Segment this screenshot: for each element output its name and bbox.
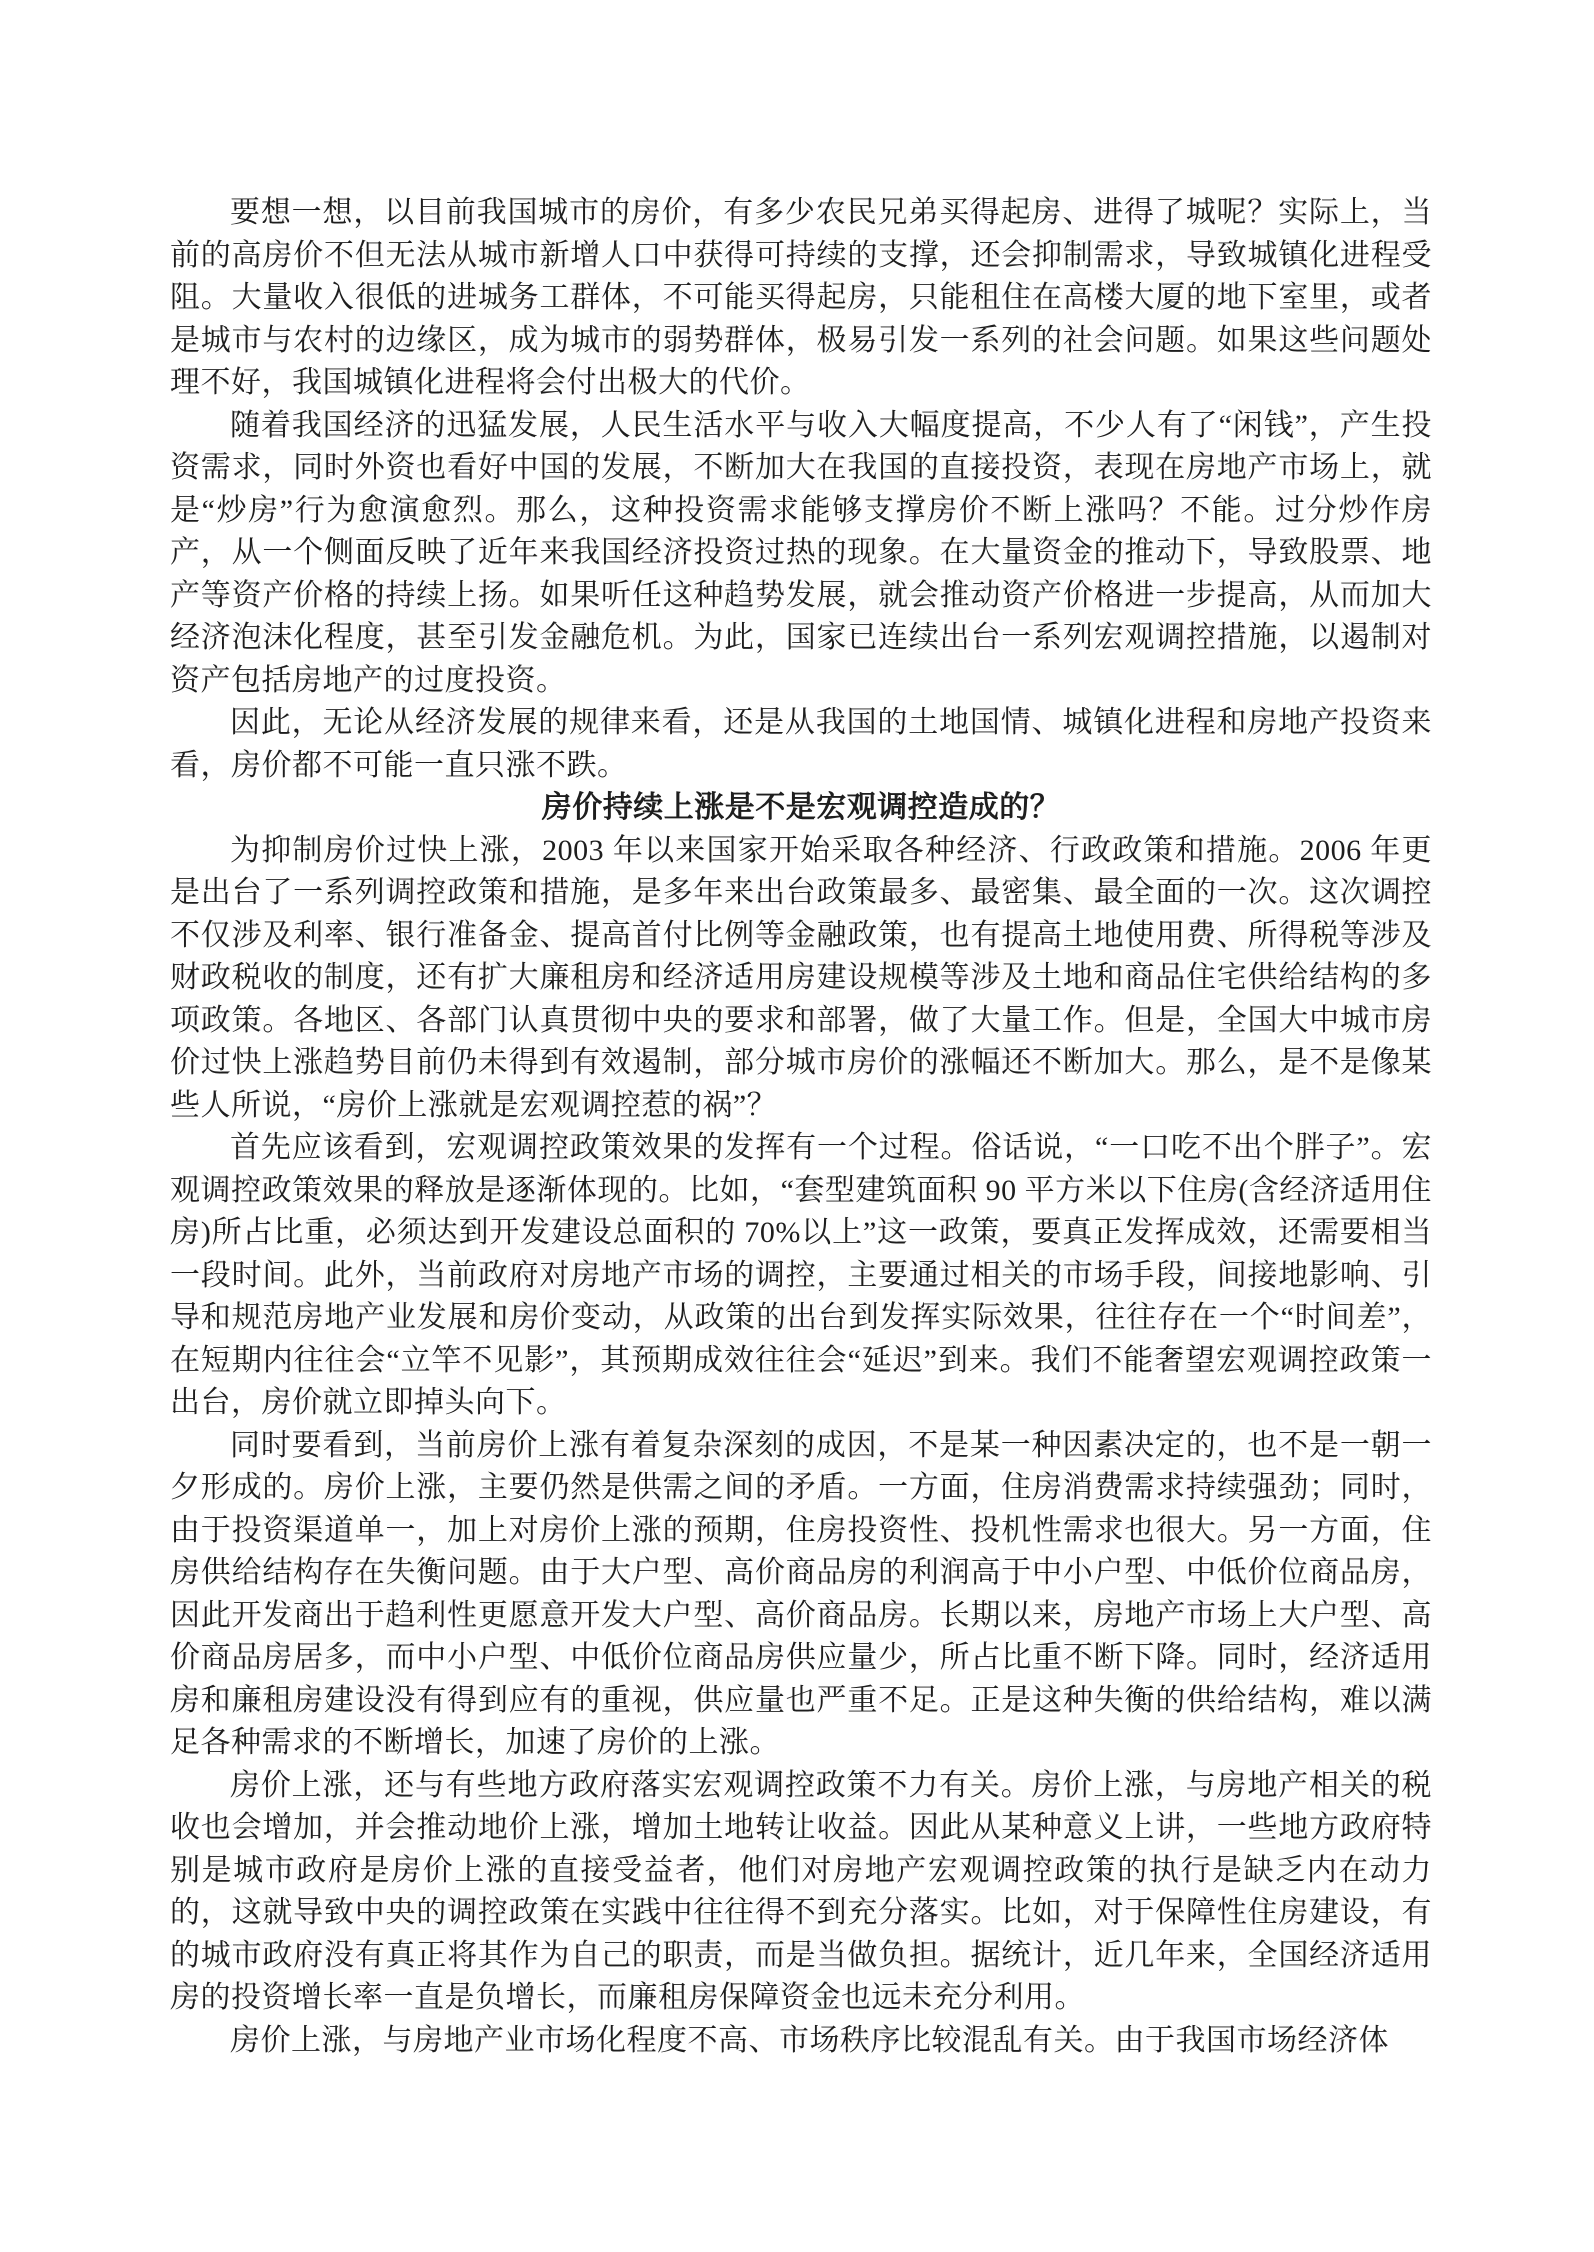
paragraph: 为抑制房价过快上涨，2003 年以来国家开始采取各种经济、行政政策和措施。200… <box>170 830 1432 1128</box>
paragraph: 因此，无论从经济发展的规律来看，还是从我国的土地国情、城镇化进程和房地产投资来看… <box>170 702 1432 787</box>
section-heading: 房价持续上涨是不是宏观调控造成的？ <box>170 787 1432 830</box>
paragraph: 随着我国经济的迅猛发展，人民生活水平与收入大幅度提高，不少人有了“闲钱”，产生投… <box>170 405 1432 703</box>
paragraph: 房价上涨，与房地产业市场化程度不高、市场秩序比较混乱有关。由于我国市场经济体 <box>170 2020 1432 2063</box>
paragraph: 要想一想，以目前我国城市的房价，有多少农民兄弟买得起房、进得了城呢？实际上，当前… <box>170 192 1432 405</box>
paragraph: 同时要看到，当前房价上涨有着复杂深刻的成因，不是某一种因素决定的，也不是一朝一夕… <box>170 1425 1432 1765</box>
paragraph: 房价上涨，还与有些地方政府落实宏观调控政策不力有关。房价上涨，与房地产相关的税收… <box>170 1765 1432 2020</box>
document-page: 要想一想，以目前我国城市的房价，有多少农民兄弟买得起房、进得了城呢？实际上，当前… <box>0 0 1594 2252</box>
paragraph: 首先应该看到，宏观调控政策效果的发挥有一个过程。俗话说，“一口吃不出个胖子”。宏… <box>170 1127 1432 1425</box>
document-body: 要想一想，以目前我国城市的房价，有多少农民兄弟买得起房、进得了城呢？实际上，当前… <box>170 192 1432 2062</box>
